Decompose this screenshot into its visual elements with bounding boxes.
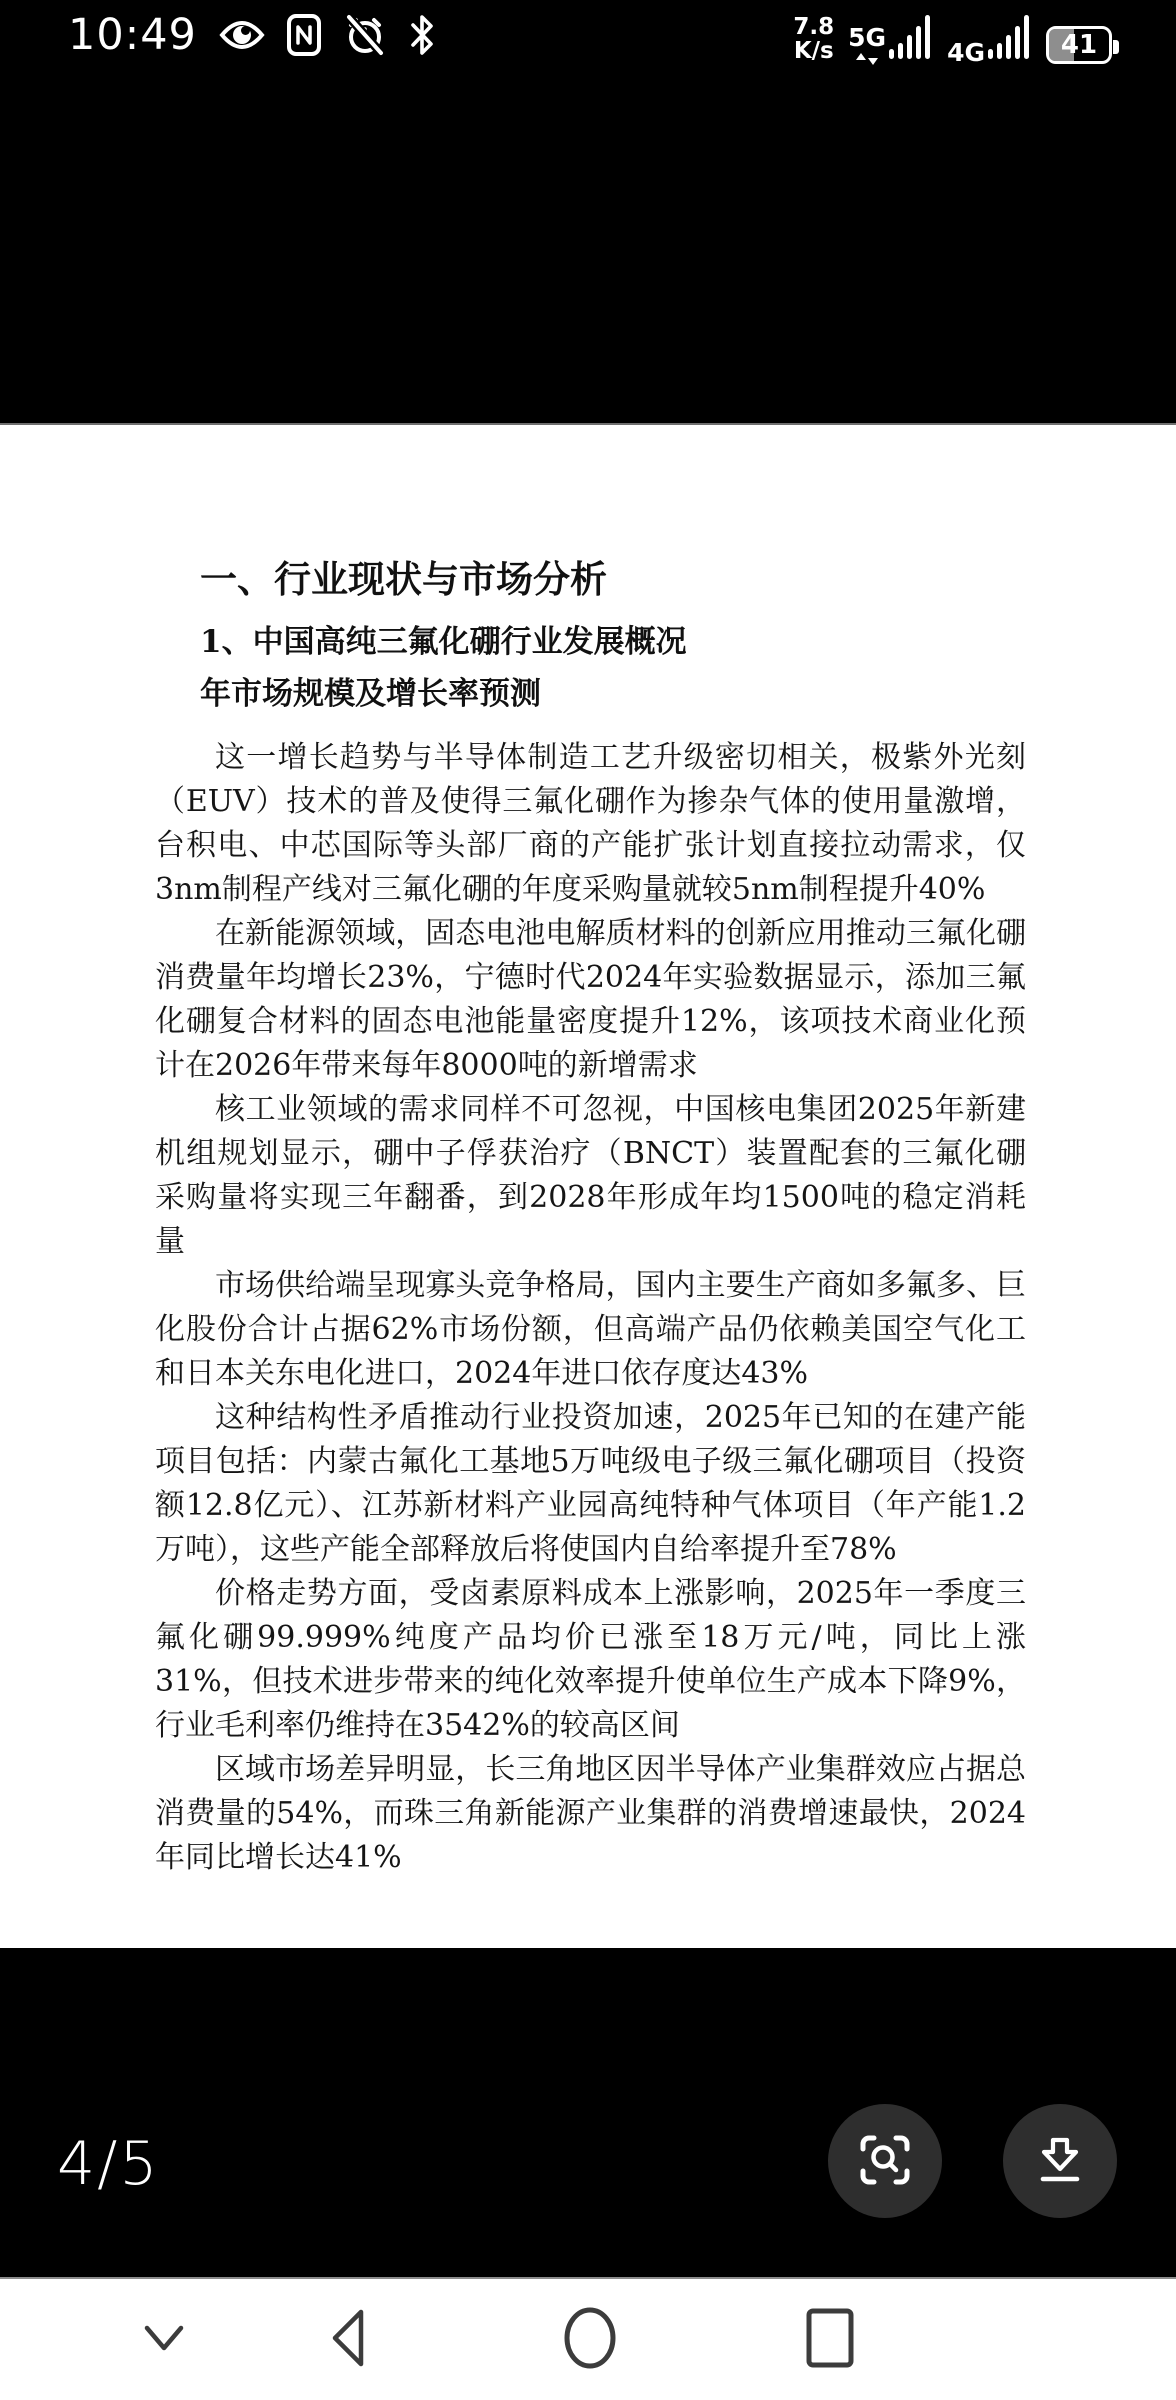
- battery-icon: 41: [1046, 26, 1112, 64]
- sim2-network-type: 4G: [947, 40, 985, 65]
- scan-search-button[interactable]: [828, 2104, 942, 2218]
- section-heading: 一、行业现状与市场分析: [200, 558, 1026, 600]
- home-button[interactable]: [530, 2279, 650, 2400]
- home-circle-icon: [561, 2305, 619, 2375]
- signal-sim1: 5G: [848, 5, 933, 65]
- download-icon: [1032, 2132, 1088, 2191]
- document-page[interactable]: 一、行业现状与市场分析 1、中国高纯三氟化硼行业发展概况 年市场规模及增长率预测…: [0, 423, 1176, 1948]
- paragraph: 在新能源领域，固态电池电解质材料的创新应用推动三氟化硼消费量年均增长23%，宁德…: [155, 912, 1026, 1088]
- battery-percent-text: 41: [1061, 30, 1097, 60]
- download-button[interactable]: [1003, 2104, 1117, 2218]
- alarm-muted-icon: [343, 13, 387, 57]
- sim1-network-type: 5G: [848, 25, 886, 50]
- back-triangle-icon: [328, 2306, 368, 2374]
- network-speed-unit: K/s: [794, 40, 834, 63]
- battery-terminal: [1113, 40, 1119, 54]
- recents-square-icon: [805, 2307, 855, 2373]
- status-bar-left: 10:49: [68, 13, 435, 57]
- recents-button[interactable]: [770, 2279, 890, 2400]
- android-navigation-bar: [0, 2277, 1176, 2400]
- status-bar: 10:49: [0, 0, 1176, 70]
- eye-protection-icon: [219, 18, 265, 52]
- nfc-icon: [287, 14, 321, 56]
- back-button[interactable]: [288, 2279, 408, 2400]
- signal-sim2: 4G: [947, 5, 1032, 65]
- scan-search-icon: [856, 2131, 914, 2192]
- network-speed: 7.8 K/s: [793, 16, 834, 63]
- sub-subsection-heading: 年市场规模及增长率预测: [200, 676, 1026, 712]
- collapse-button[interactable]: [104, 2279, 224, 2400]
- sim1-signal-bars-icon: [889, 5, 933, 65]
- paragraph: 核工业领域的需求同样不可忽视，中国核电集团2025年新建机组规划显示，硼中子俘获…: [155, 1088, 1026, 1264]
- paragraph: 这种结构性矛盾推动行业投资加速，2025年已知的在建产能项目包括：内蒙古氟化工基…: [155, 1396, 1026, 1572]
- status-bar-right: 7.8 K/s 5G: [793, 5, 1112, 65]
- paragraph: 价格走势方面，受卤素原料成本上涨影响，2025年一季度三氟化硼99.999%纯度…: [155, 1572, 1026, 1748]
- paragraph: 区域市场差异明显，长三角地区因半导体产业集群效应占据总消费量的54%，而珠三角新…: [155, 1748, 1026, 1880]
- phone-screen: 10:49: [0, 0, 1176, 2400]
- page-indicator: 4/5: [57, 2134, 160, 2194]
- data-transfer-arrows-icon: [856, 53, 878, 65]
- viewer-toolbar: 4/5: [0, 1948, 1176, 2277]
- chevron-down-icon: [140, 2323, 188, 2357]
- bluetooth-icon: [409, 13, 435, 57]
- paragraph: 这一增长趋势与半导体制造工艺升级密切相关，极紫外光刻（EUV）技术的普及使得三氟…: [155, 736, 1026, 912]
- clock-text: 10:49: [68, 14, 197, 57]
- sim2-signal-bars-icon: [988, 5, 1032, 65]
- subsection-heading: 1、中国高纯三氟化硼行业发展概况: [200, 624, 1026, 660]
- paragraph: 市场供给端呈现寡头竞争格局，国内主要生产商如多氟多、巨化股份合计占据62%市场份…: [155, 1264, 1026, 1396]
- network-speed-value: 7.8: [793, 16, 834, 39]
